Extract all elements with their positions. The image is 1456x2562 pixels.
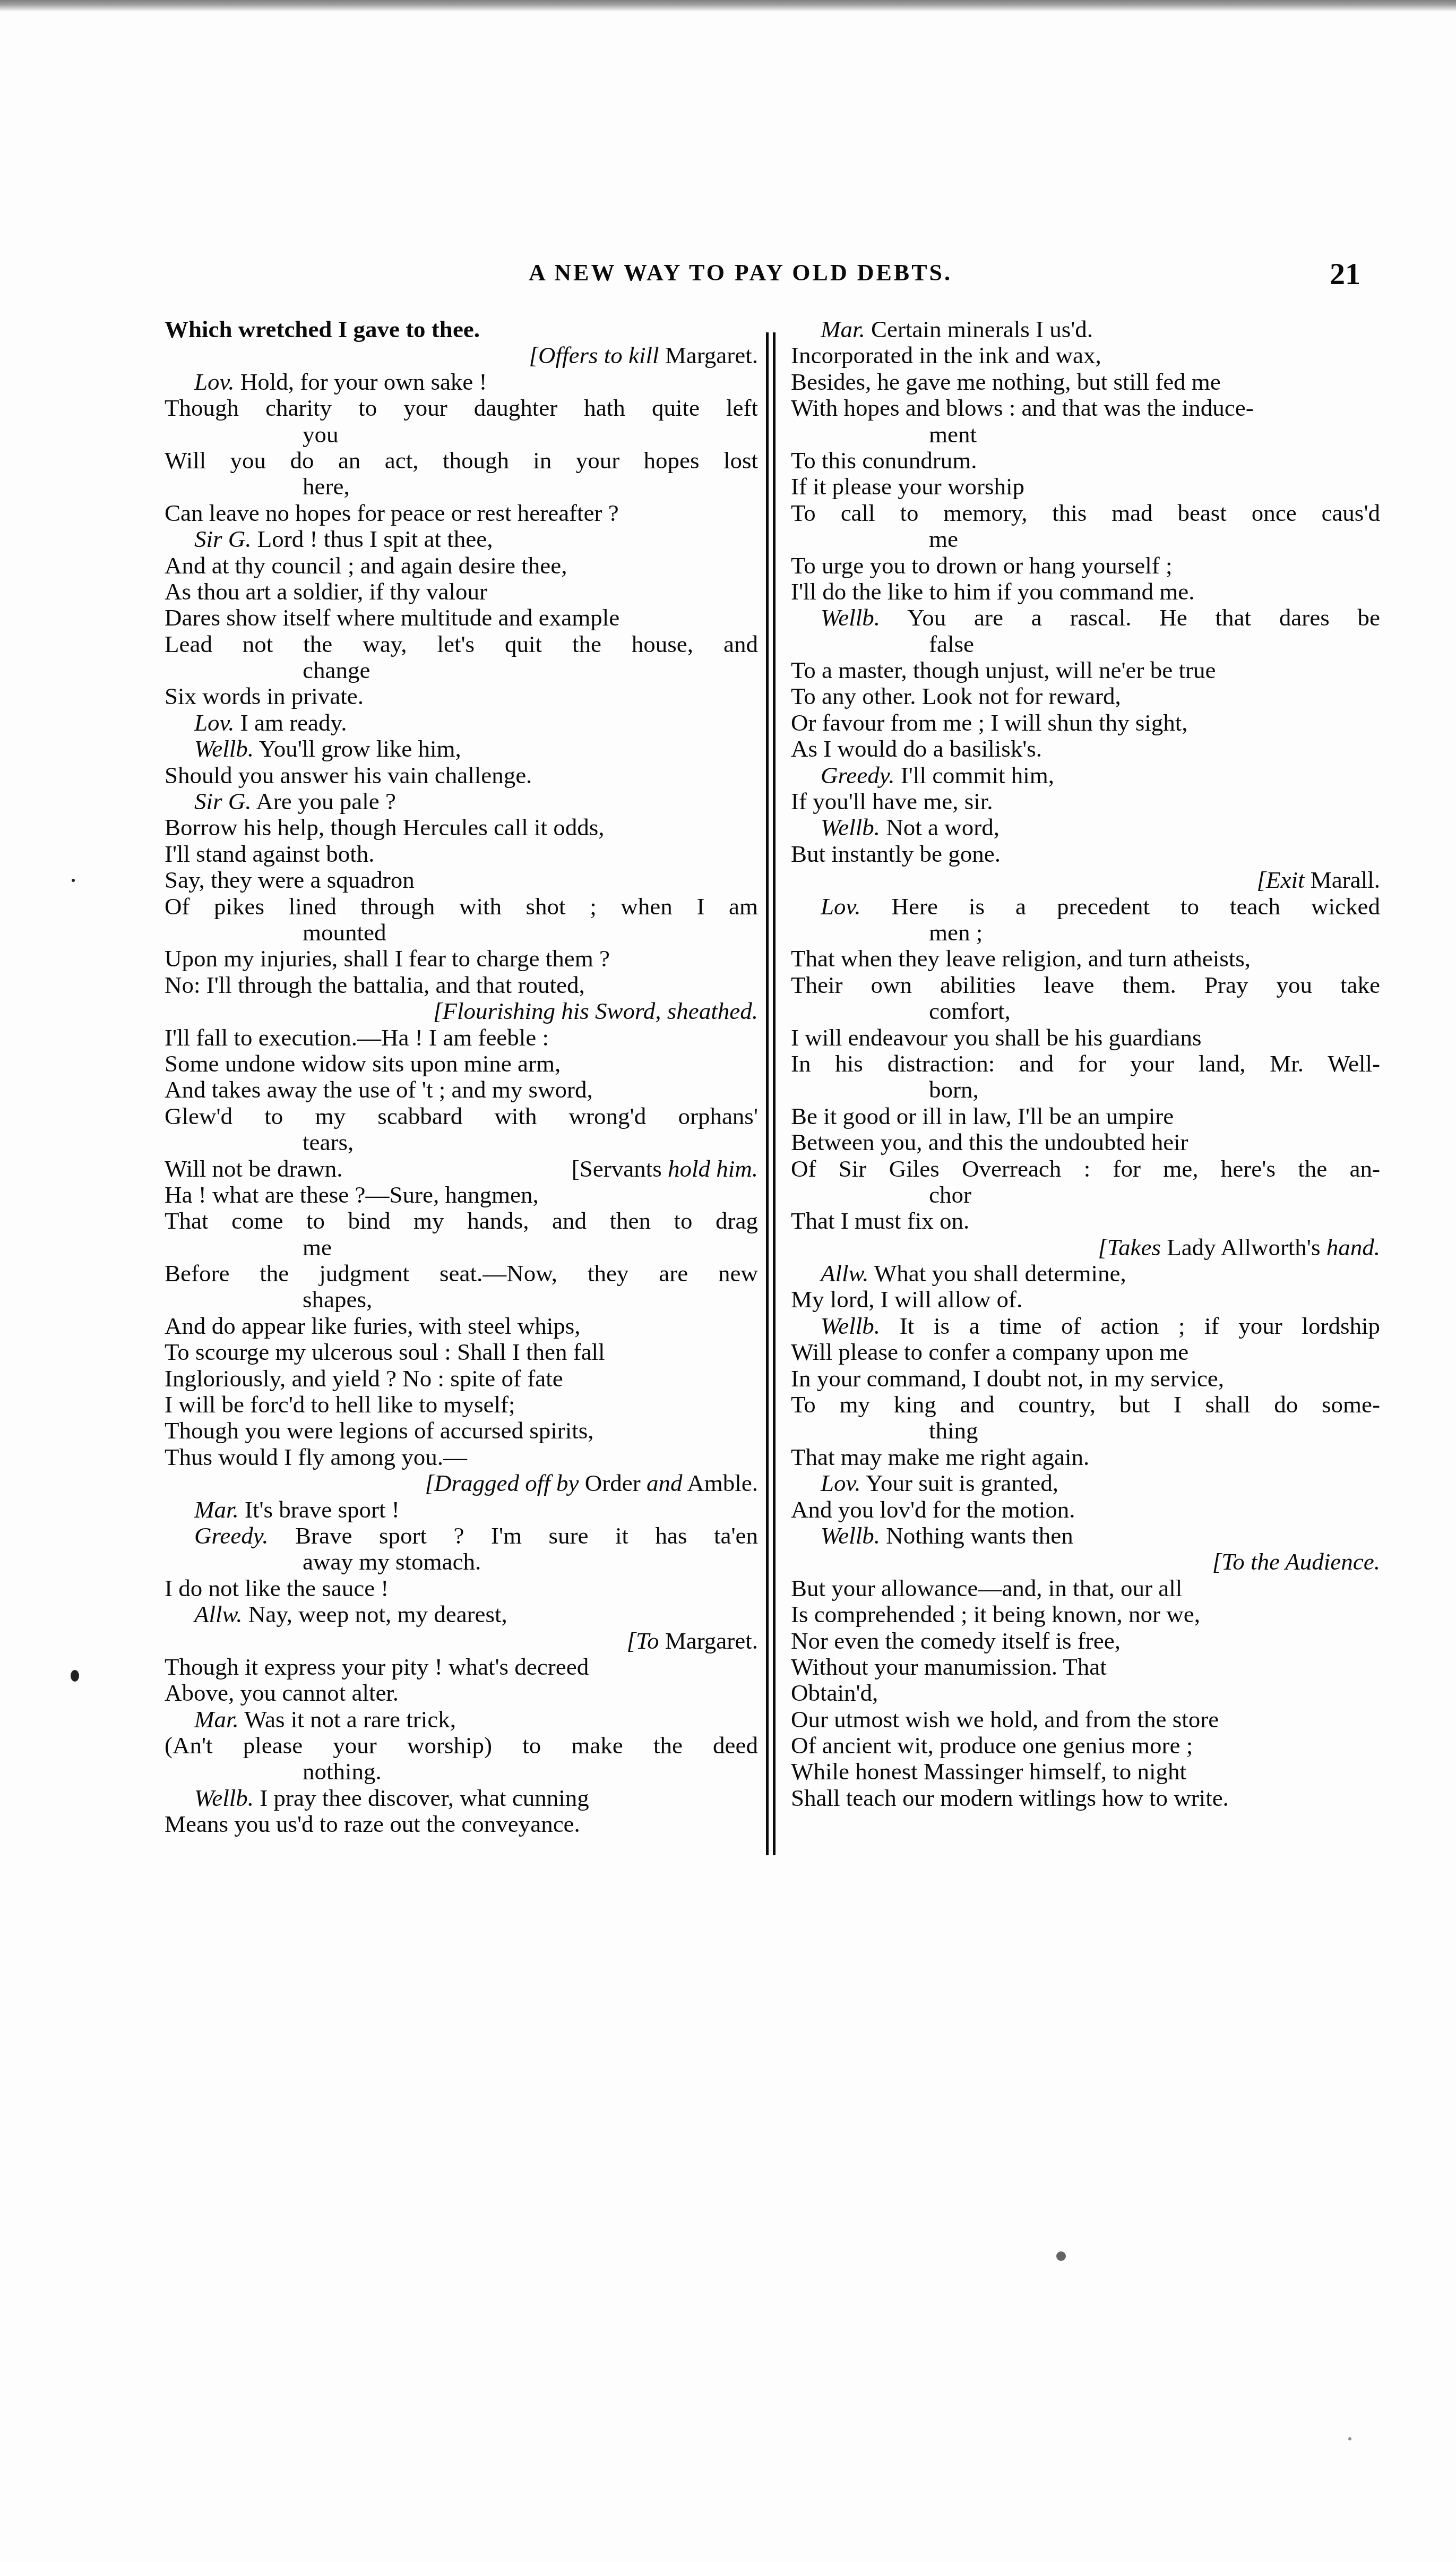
speech-line: Greedy. Brave sport ? I'm sure it has ta… (165, 1523, 758, 1549)
verse-line: No: I'll through the battalia, and that … (165, 972, 758, 998)
verse-continuation: away my stomach. (165, 1549, 758, 1575)
verse-line: Be it good or ill in law, I'll be an ump… (791, 1103, 1380, 1129)
verse-line: Some undone widow sits upon mine arm, (165, 1051, 758, 1077)
speech-text: It is a time of action ; if your lordshi… (880, 1313, 1380, 1339)
speaker-name: Wellb. (194, 735, 254, 762)
speech-line: Wellb. I pray thee discover, what cunnin… (165, 1785, 758, 1811)
verse-line: As thou art a soldier, if thy valour (165, 579, 758, 605)
speaker-name: Allw. (194, 1601, 242, 1627)
speaker-name: Wellb. (821, 1522, 880, 1549)
speaker-name: Sir G. (194, 526, 252, 552)
verse-line: Will you do an act, though in your hopes… (165, 448, 758, 474)
speech-line: Lov. Here is a precedent to teach wicked (791, 894, 1380, 920)
scan-speck (1056, 2251, 1066, 2261)
speech-text: Hold, for your own sake ! (234, 369, 487, 395)
verse-line: Will please to confer a company upon me (791, 1339, 1380, 1365)
stage-direction-italic: [Exit (1257, 867, 1305, 893)
speech-text: I pray thee discover, what cunning (254, 1785, 589, 1811)
stage-direction-italic: [Takes (1098, 1234, 1161, 1261)
speech-text: Your suit is granted, (860, 1470, 1058, 1496)
verse-continuation: mounted (165, 920, 758, 946)
speech-text: I'll commit him, (895, 762, 1055, 789)
verse-continuation: chor (791, 1182, 1380, 1208)
verse-line: I'll fall to execution.—Ha ! I am feeble… (165, 1025, 758, 1051)
speaker-name: Greedy. (821, 762, 895, 789)
speech-text: I am ready. (234, 709, 347, 736)
speech-text: Are you pale ? (252, 788, 396, 815)
speech-text: Brave sport ? I'm sure it has ta'en (269, 1522, 758, 1549)
verse-line: Glew'd to my scabbard with wrong'd orpha… (165, 1103, 758, 1129)
speaker-name: Lov. (821, 1470, 860, 1496)
verse-line: Or favour from me ; I will shun thy sigh… (791, 710, 1380, 736)
speaker-name: Wellb. (821, 814, 880, 841)
speech-line: Mar. Certain minerals I us'd. (791, 316, 1380, 342)
verse-line: Thus would I fly among you.— (165, 1444, 758, 1470)
verse-continuation: here, (165, 474, 758, 500)
verse-continuation: me (165, 1235, 758, 1261)
verse-line: I do not like the sauce ! (165, 1575, 758, 1601)
verse-line: And you lov'd for the motion. (791, 1497, 1380, 1523)
verse-line: Though you were legions of accursed spir… (165, 1418, 758, 1444)
verse-line: If it please your worship (791, 474, 1380, 500)
right-column: Mar. Certain minerals I us'd.Incorporate… (791, 316, 1380, 1811)
speaker-name: Sir G. (194, 788, 252, 815)
verse-line: Ha ! what are these ?—Sure, hangmen, (165, 1182, 758, 1208)
verse-line: Is comprehended ; it being known, nor we… (791, 1601, 1380, 1627)
verse-line: That I must fix on. (791, 1208, 1380, 1234)
verse-line: To a master, though unjust, will ne'er b… (791, 657, 1380, 683)
verse-line: Though it express your pity ! what's dec… (165, 1654, 758, 1680)
verse-line: Incorporated in the ink and wax, (791, 342, 1380, 369)
speaker-name: Lov. (821, 893, 860, 920)
verse-line: Dares show itself where multitude and ex… (165, 605, 758, 631)
verse-line: In your command, I doubt not, in my serv… (791, 1366, 1380, 1392)
speech-text: You'll grow like him, (254, 735, 461, 762)
stage-direction-name: [Servants (572, 1155, 668, 1182)
verse-line: Which wretched I gave to thee. (165, 316, 758, 342)
verse-line: Lead not the way, let's quit the house, … (165, 631, 758, 657)
speaker-name: Wellb. (821, 604, 880, 631)
stage-direction: [Takes Lady Allworth's hand. (791, 1235, 1380, 1261)
verse-line-with-stage-direction: Will not be drawn.[Servants hold him. (165, 1156, 758, 1182)
verse-line: Before the judgment seat.—Now, they are … (165, 1261, 758, 1287)
stage-direction-name: Margaret. (659, 342, 758, 369)
stage-direction-name: Order (579, 1470, 647, 1496)
verse-line: Of pikes lined through with shot ; when … (165, 894, 758, 920)
speech-line: Wellb. Not a word, (791, 815, 1380, 841)
verse-line: And at thy council ; and again desire th… (165, 553, 758, 579)
stage-direction-italic: [To (626, 1627, 659, 1654)
speech-text: Lord ! thus I spit at thee, (252, 526, 493, 552)
verse-line: And takes away the use of 't ; and my sw… (165, 1077, 758, 1103)
speech-line: Wellb. You'll grow like him, (165, 736, 758, 762)
verse-line: Our utmost wish we hold, and from the st… (791, 1707, 1380, 1733)
verse-line: Upon my injuries, shall I fear to charge… (165, 946, 758, 972)
stage-direction-name: Margaret. (659, 1627, 758, 1654)
verse-line: That come to bind my hands, and then to … (165, 1208, 758, 1234)
verse-line: As I would do a basilisk's. (791, 736, 1380, 762)
stage-direction: [Servants hold him. (572, 1156, 758, 1182)
verse-line: Besides, he gave me nothing, but still f… (791, 369, 1380, 395)
speaker-name: Mar. (821, 316, 865, 342)
verse-line: And do appear like furies, with steel wh… (165, 1313, 758, 1339)
stage-direction-italic: [Dragged off by (425, 1470, 579, 1496)
verse-line: Ingloriously, and yield ? No : spite of … (165, 1366, 758, 1392)
verse-line: Should you answer his vain challenge. (165, 762, 758, 789)
stage-direction-italic: hand. (1326, 1234, 1380, 1261)
book-page: A NEW WAY TO PAY OLD DEBTS. 21 Which wre… (0, 0, 1456, 2562)
verse-continuation: shapes, (165, 1287, 758, 1313)
verse-line: But your allowance—and, in that, our all (791, 1575, 1380, 1601)
speech-text: Nay, weep not, my dearest, (242, 1601, 507, 1627)
stage-direction: [To Margaret. (165, 1628, 758, 1654)
speech-text: Not a word, (880, 814, 1000, 841)
verse-line: I will endeavour you shall be his guardi… (791, 1025, 1380, 1051)
verse-line: Six words in private. (165, 683, 758, 709)
speaker-name: Greedy. (194, 1522, 269, 1549)
verse-line: But instantly be gone. (791, 841, 1380, 867)
verse-line: I will be forc'd to hell like to myself; (165, 1392, 758, 1418)
stage-direction-italic: and (647, 1470, 683, 1496)
verse-line: Shall teach our modern witlings how to w… (791, 1785, 1380, 1811)
speaker-name: Allw. (821, 1260, 868, 1287)
stage-direction-italic: hold him. (668, 1155, 758, 1182)
speech-text: Was it not a rare trick, (239, 1706, 456, 1733)
stage-direction-italic: [Offers to kill (529, 342, 659, 369)
column-divider-double-rule (766, 332, 776, 1855)
verse-line: To urge you to drown or hang yourself ; (791, 553, 1380, 579)
verse-continuation: you (165, 422, 758, 448)
verse-line: Say, they were a squadron (165, 867, 758, 893)
speech-line: Greedy. I'll commit him, (791, 762, 1380, 789)
speech-text: What you shall determine, (868, 1260, 1126, 1287)
verse-continuation: comfort, (791, 998, 1380, 1024)
verse-continuation: nothing. (165, 1759, 758, 1785)
verse-line: Their own abilities leave them. Pray you… (791, 972, 1380, 998)
scan-speck (72, 879, 75, 882)
speech-text: You are a rascal. He that dares be (880, 604, 1380, 631)
stage-direction: [Offers to kill Margaret. (165, 342, 758, 369)
verse-line: Nor even the comedy itself is free, (791, 1628, 1380, 1654)
verse-line: Borrow his help, though Hercules call it… (165, 815, 758, 841)
verse-line: (An't please your worship) to make the d… (165, 1733, 758, 1759)
running-head: A NEW WAY TO PAY OLD DEBTS. 21 (0, 259, 1456, 291)
verse-continuation: born, (791, 1077, 1380, 1103)
scan-speck (1348, 2437, 1351, 2440)
speech-text: Nothing wants then (880, 1522, 1073, 1549)
speaker-name: Wellb. (194, 1785, 254, 1811)
scanned-page-edge (0, 0, 1456, 12)
verse-continuation: ment (791, 422, 1380, 448)
verse-line: Can leave no hopes for peace or rest her… (165, 500, 758, 526)
verse-line: Though charity to your daughter hath qui… (165, 395, 758, 421)
running-title: A NEW WAY TO PAY OLD DEBTS. (462, 259, 1019, 286)
verse-line: My lord, I will allow of. (791, 1287, 1380, 1313)
page-number: 21 (1330, 256, 1360, 292)
speaker-name: Mar. (194, 1496, 239, 1523)
verse-line: Between you, and this the undoubted heir (791, 1129, 1380, 1155)
speech-line: Lov. Your suit is granted, (791, 1470, 1380, 1496)
stage-direction-italic: [Flourishing his Sword, sheathed. (433, 998, 758, 1024)
speech-line: Sir G. Are you pale ? (165, 789, 758, 815)
stage-direction: [To the Audience. (791, 1549, 1380, 1575)
speech-text: Certain minerals I us'd. (865, 316, 1093, 342)
verse-continuation: change (165, 657, 758, 683)
verse-line: I'll do the like to him if you command m… (791, 579, 1380, 605)
left-column: Which wretched I gave to thee.[Offers to… (165, 316, 758, 1838)
speech-line: Wellb. You are a rascal. He that dares b… (791, 605, 1380, 631)
verse-line: Without your manumission. That (791, 1654, 1380, 1680)
speech-line: Mar. It's brave sport ! (165, 1497, 758, 1523)
stage-direction: [Flourishing his Sword, sheathed. (165, 998, 758, 1024)
speaker-name: Wellb. (821, 1313, 880, 1339)
verse-line: While honest Massinger himself, to night (791, 1759, 1380, 1785)
verse-line: To scourge my ulcerous soul : Shall I th… (165, 1339, 758, 1365)
speaker-name: Mar. (194, 1706, 239, 1733)
verse-line: In his distraction: and for your land, M… (791, 1051, 1380, 1077)
speech-line: Lov. Hold, for your own sake ! (165, 369, 758, 395)
verse-line: To this conundrum. (791, 448, 1380, 474)
verse-line: If you'll have me, sir. (791, 789, 1380, 815)
stage-direction: [Exit Marall. (791, 867, 1380, 893)
verse-continuation: false (791, 631, 1380, 657)
speaker-name: Lov. (194, 369, 234, 395)
speech-line: Wellb. It is a time of action ; if your … (791, 1313, 1380, 1339)
speech-line: Allw. What you shall determine, (791, 1261, 1380, 1287)
verse-line: That may make me right again. (791, 1444, 1380, 1470)
verse-line: Obtain'd, (791, 1680, 1380, 1706)
verse-continuation: thing (791, 1418, 1380, 1444)
stage-direction-name: Amble. (683, 1470, 759, 1496)
verse-line: To any other. Look not for reward, (791, 683, 1380, 709)
stage-direction-italic: [To the Audience. (1212, 1548, 1380, 1575)
speaker-name: Lov. (194, 709, 234, 736)
verse-continuation: tears, (165, 1129, 758, 1155)
speech-line: Lov. I am ready. (165, 710, 758, 736)
speech-line: Mar. Was it not a rare trick, (165, 1707, 758, 1733)
verse-continuation: me (791, 526, 1380, 552)
verse-line: To my king and country, but I shall do s… (791, 1392, 1380, 1418)
verse-line: That when they leave religion, and turn … (791, 946, 1380, 972)
verse-continuation: men ; (791, 920, 1380, 946)
speech-line: Sir G. Lord ! thus I spit at thee, (165, 526, 758, 552)
speech-line: Wellb. Nothing wants then (791, 1523, 1380, 1549)
speech-text: Here is a precedent to teach wicked (860, 893, 1380, 920)
stage-direction-name: Lady Allworth's (1161, 1234, 1326, 1261)
verse-line: To call to memory, this mad beast once c… (791, 500, 1380, 526)
verse-line: With hopes and blows : and that was the … (791, 395, 1380, 421)
verse-line: Means you us'd to raze out the conveyanc… (165, 1811, 758, 1837)
scan-speck (71, 1670, 79, 1682)
speech-line: Allw. Nay, weep not, my dearest, (165, 1601, 758, 1627)
stage-direction: [Dragged off by Order and Amble. (165, 1470, 758, 1496)
verse-line: Of Sir Giles Overreach : for me, here's … (791, 1156, 1380, 1182)
verse-line: I'll stand against both. (165, 841, 758, 867)
stage-direction-name: Marall. (1305, 867, 1380, 893)
verse-line: Of ancient wit, produce one genius more … (791, 1733, 1380, 1759)
verse-line: Above, you cannot alter. (165, 1680, 758, 1706)
verse-text: Will not be drawn. (165, 1156, 343, 1182)
speech-text: It's brave sport ! (239, 1496, 400, 1523)
